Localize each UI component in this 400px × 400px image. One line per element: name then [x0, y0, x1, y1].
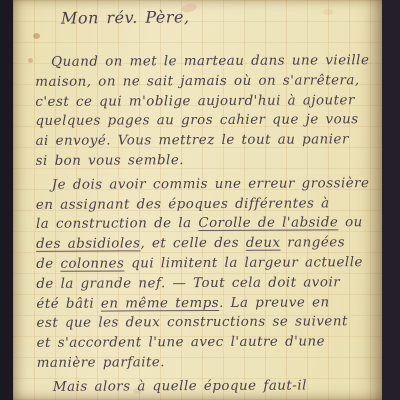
text-segment: Quand on met le marteau dans une vieille [51, 53, 369, 70]
letter-line: Mais alors à quelle époque faut-il [37, 376, 385, 398]
letter-line: Je dois avoir commis une erreur grossièr… [36, 174, 384, 196]
letter-line: été bâti en même temps. La preuve en [36, 293, 384, 315]
paper-stain [323, 9, 333, 15]
letter-line: Quand on met le marteau dans une vieille [35, 51, 383, 73]
text-segment: en assignant des époques différentes à [36, 196, 330, 213]
paper-stain [33, 33, 40, 39]
text-segment: et s'accordent l'une avec l'autre d'une [37, 335, 325, 352]
letter-paragraph: Quand on met le marteau dans une vieille… [35, 51, 384, 172]
letter-line: et s'accordent l'une avec l'autre d'une [37, 332, 385, 354]
text-segment: de la grande nef. — Tout cela doit avoir [36, 275, 340, 292]
text-segment: Je dois avoir commis une erreur grossièr… [52, 176, 370, 193]
text-segment: . La preuve en [219, 295, 330, 311]
text-segment: quelques pages au gros cahier que je vou… [35, 113, 358, 130]
text-segment: de [36, 257, 60, 272]
letter-paragraph: Mais alors à quelle époque faut-il [37, 376, 385, 398]
text-segment: été bâti [36, 296, 101, 311]
letter-line: si bon vous semble. [36, 150, 384, 172]
text-segment: est que les deux constructions se suiven… [36, 315, 347, 332]
text-segment: , et celle des [140, 236, 245, 252]
letter-line: c'est ce qui m'oblige aujourd'hui à ajou… [35, 91, 383, 113]
text-segment: si bon vous semble. [36, 153, 184, 169]
underlined-text: Corolle de l'abside [198, 216, 338, 232]
letter-body: Quand on met le marteau dans une vieille… [35, 51, 385, 400]
text-segment: maison, on ne sait jamais où on s'arrête… [35, 73, 359, 90]
letter-line: en assignant des époques différentes à [36, 194, 384, 216]
underlined-text: deux [246, 236, 281, 251]
letter-line: des absidioles, et celle des deux rangée… [36, 233, 384, 255]
letter-line: de colonnes qui limitent la largeur actu… [36, 253, 384, 275]
text-segment: ai envoyé. Vous mettrez le tout au panie… [36, 132, 349, 149]
text-segment: ou [338, 216, 363, 231]
letter-page: Mon rév. Père, Quand on met le marteau d… [13, 0, 382, 400]
text-segment: manière parfaite. [37, 355, 165, 371]
letter-line: ai envoyé. Vous mettrez le tout au panie… [36, 130, 384, 152]
letter-paragraph: Je dois avoir commis une erreur grossièr… [36, 174, 385, 374]
text-segment: la construction de la [36, 216, 198, 232]
letter-line: manière parfaite. [37, 352, 385, 374]
letter-line: de la grande nef. — Tout cela doit avoir [36, 273, 384, 295]
text-segment: qui limitent la largeur actuelle [124, 255, 363, 271]
letter-greeting: Mon rév. Père, [61, 6, 190, 29]
text-segment: c'est ce qui m'oblige aujourd'hui à ajou… [35, 93, 355, 110]
letter-line: est que les deux constructions se suiven… [36, 312, 384, 334]
letter-line: maison, on ne sait jamais où on s'arrête… [35, 71, 383, 93]
paper-stain [28, 58, 33, 63]
letter-line: quelques pages au gros cahier que je vou… [35, 110, 383, 132]
text-segment: rangées [280, 235, 345, 250]
underlined-text: des absidioles [36, 237, 140, 253]
underlined-text: colonnes [60, 256, 124, 271]
text-segment: Mais alors à quelle époque faut-il [53, 378, 307, 394]
underlined-text: en même temps [101, 296, 219, 312]
letter-scan: Mon rév. Père, Quand on met le marteau d… [0, 0, 400, 400]
letter-line: la construction de la Corolle de l'absid… [36, 213, 384, 235]
